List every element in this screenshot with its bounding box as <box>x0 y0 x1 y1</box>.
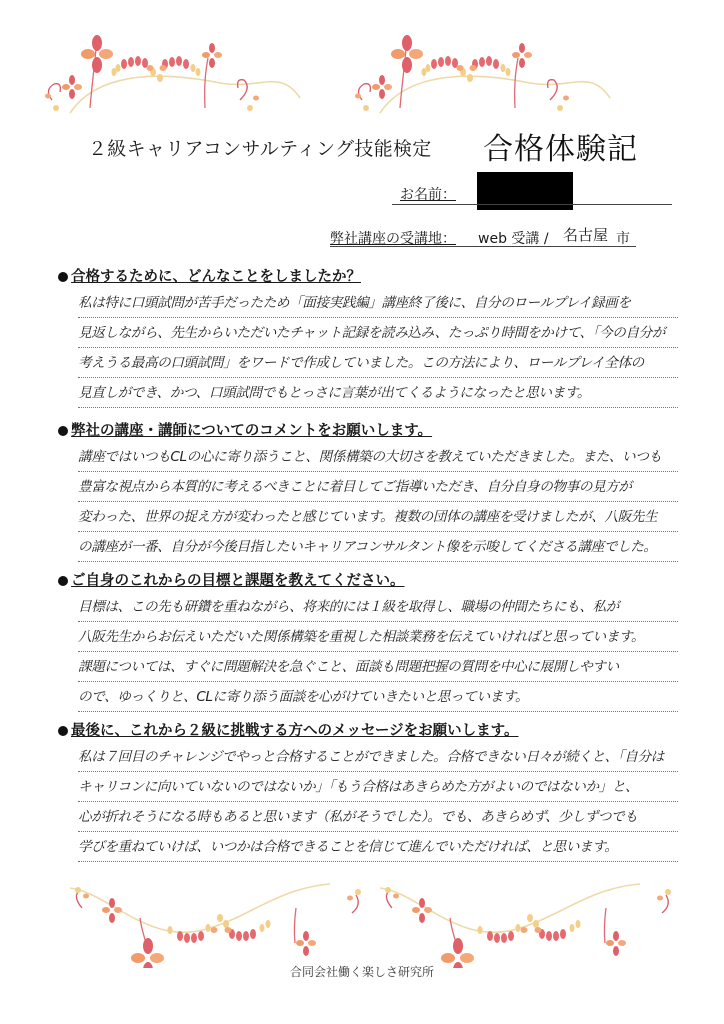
section-course-comment: 弊社の講座・講師についてのコメントをお願いします。 講座ではいつもCLの心に寄り… <box>58 420 698 562</box>
answer-line: の講座が一番、自分が今後目指したいキャリアコンサルタント像を示唆してくださる講座… <box>78 532 678 562</box>
venue-city-suffix: 市 <box>616 228 630 248</box>
venue-field: 弊社講座の受講地： web 受講 / 名古屋 市 <box>330 224 630 248</box>
floral-garland-bottom-icon <box>0 878 724 968</box>
section-how-passed: 合格するために、どんなことをしましたか？ 私は特に口頭試問が苦手だったため「面接… <box>58 266 698 408</box>
answer-line: 私は７回目のチャレンジでやっと合格することができました。合格できない日々が続くと… <box>78 742 678 772</box>
answer-line: 心が折れそうになる時もあると思います（私がそうでした）。でも、あきらめず、少しず… <box>78 802 678 832</box>
answer-line: キャリコンに向いていないのではないか」「もう合格はあきらめた方がよいのではないか… <box>78 772 678 802</box>
bullet-icon <box>58 576 68 586</box>
answer-line: ので、ゆっくりと、CLに寄り添う面談を心がけていきたいと思っています。 <box>78 682 678 712</box>
venue-value: web 受講 / <box>478 228 549 248</box>
answer-line: 講座ではいつもCLの心に寄り添うこと、関係構築の大切さを教えていただきました。ま… <box>78 442 678 472</box>
venue-handwritten-city: 名古屋 <box>563 224 608 245</box>
answer-line: 変わった、世界の捉え方が変わったと感じています。複数の団体の講座を受けましたが、… <box>78 502 678 532</box>
answer-line: 目標は、この先も研鑽を重ねながら、将来的には１級を取得し、職場の仲間たちにも、私… <box>78 592 678 622</box>
bullet-icon <box>58 726 68 736</box>
section-heading: 弊社の講座・講師についてのコメントをお願いします。 <box>58 420 698 442</box>
answer-line: 学びを重ねていけば、いつかは合格できることを信じて進んでいただければ、と思います… <box>78 832 678 862</box>
document-title: ２級キャリアコンサルティング技能検定 合格体験記 <box>0 126 724 166</box>
answer-line: 私は特に口頭試問が苦手だったため「面接実践編」講座終了後に、自分のロールプレイ録… <box>78 288 678 318</box>
section-heading-text: 合格するために、どんなことをしましたか？ <box>71 269 361 285</box>
answer-line: 課題については、すぐに問題解決を急ぐこと、面談も問題把握の質問を中心に展開しやす… <box>78 652 678 682</box>
name-underline <box>392 204 672 205</box>
section-heading-text: 弊社の講座・講師についてのコメントをお願いします。 <box>71 423 432 439</box>
bullet-icon <box>58 272 68 282</box>
answer-line: 見返しながら、先生からいただいたチャット記録を読み込み、たっぷり時間をかけて、「… <box>78 318 678 348</box>
answer-line: 見直しができ、かつ、口頭試問でもとっさに言葉が出てくるようになったと思います。 <box>78 378 678 408</box>
section-goals-challenges: ご自身のこれからの目標と課題を教えてください。 目標は、この先も研鑽を重ねながら… <box>58 570 698 712</box>
footer-company-name: 合同会社働く楽しさ研究所 <box>0 963 724 980</box>
title-main: 合格体験記 <box>483 124 638 168</box>
section-message-to-challengers: 最後に、これから２級に挑戦する方へのメッセージをお願いします。 私は７回目のチャ… <box>58 720 698 862</box>
floral-garland-top-icon <box>0 28 724 118</box>
bullet-icon <box>58 426 68 436</box>
section-heading-text: 最後に、これから２級に挑戦する方へのメッセージをお願いします。 <box>71 723 518 739</box>
title-prefix: ２級キャリアコンサルティング技能検定 <box>88 134 432 161</box>
name-label: お名前： <box>400 184 456 204</box>
section-heading: ご自身のこれからの目標と課題を教えてください。 <box>58 570 698 592</box>
answer-line: 考えうる最高の口頭試問」をワードで作成していました。この方法により、ロールプレイ… <box>78 348 678 378</box>
section-heading: 合格するために、どんなことをしましたか？ <box>58 266 698 288</box>
answer-line: 豊富な視点から本質的に考えるべきことに着目してご指導いただき、自分自身の物事の見… <box>78 472 678 502</box>
name-field: お名前： <box>392 176 672 206</box>
venue-underline <box>330 246 636 247</box>
venue-label: 弊社講座の受講地： <box>330 228 456 248</box>
answer-line: 八阪先生からお伝えいただいた関係構築を重視した相談業務を伝えていければと思ってい… <box>78 622 678 652</box>
section-heading-text: ご自身のこれからの目標と課題を教えてください。 <box>71 573 405 589</box>
section-heading: 最後に、これから２級に挑戦する方へのメッセージをお願いします。 <box>58 720 698 742</box>
